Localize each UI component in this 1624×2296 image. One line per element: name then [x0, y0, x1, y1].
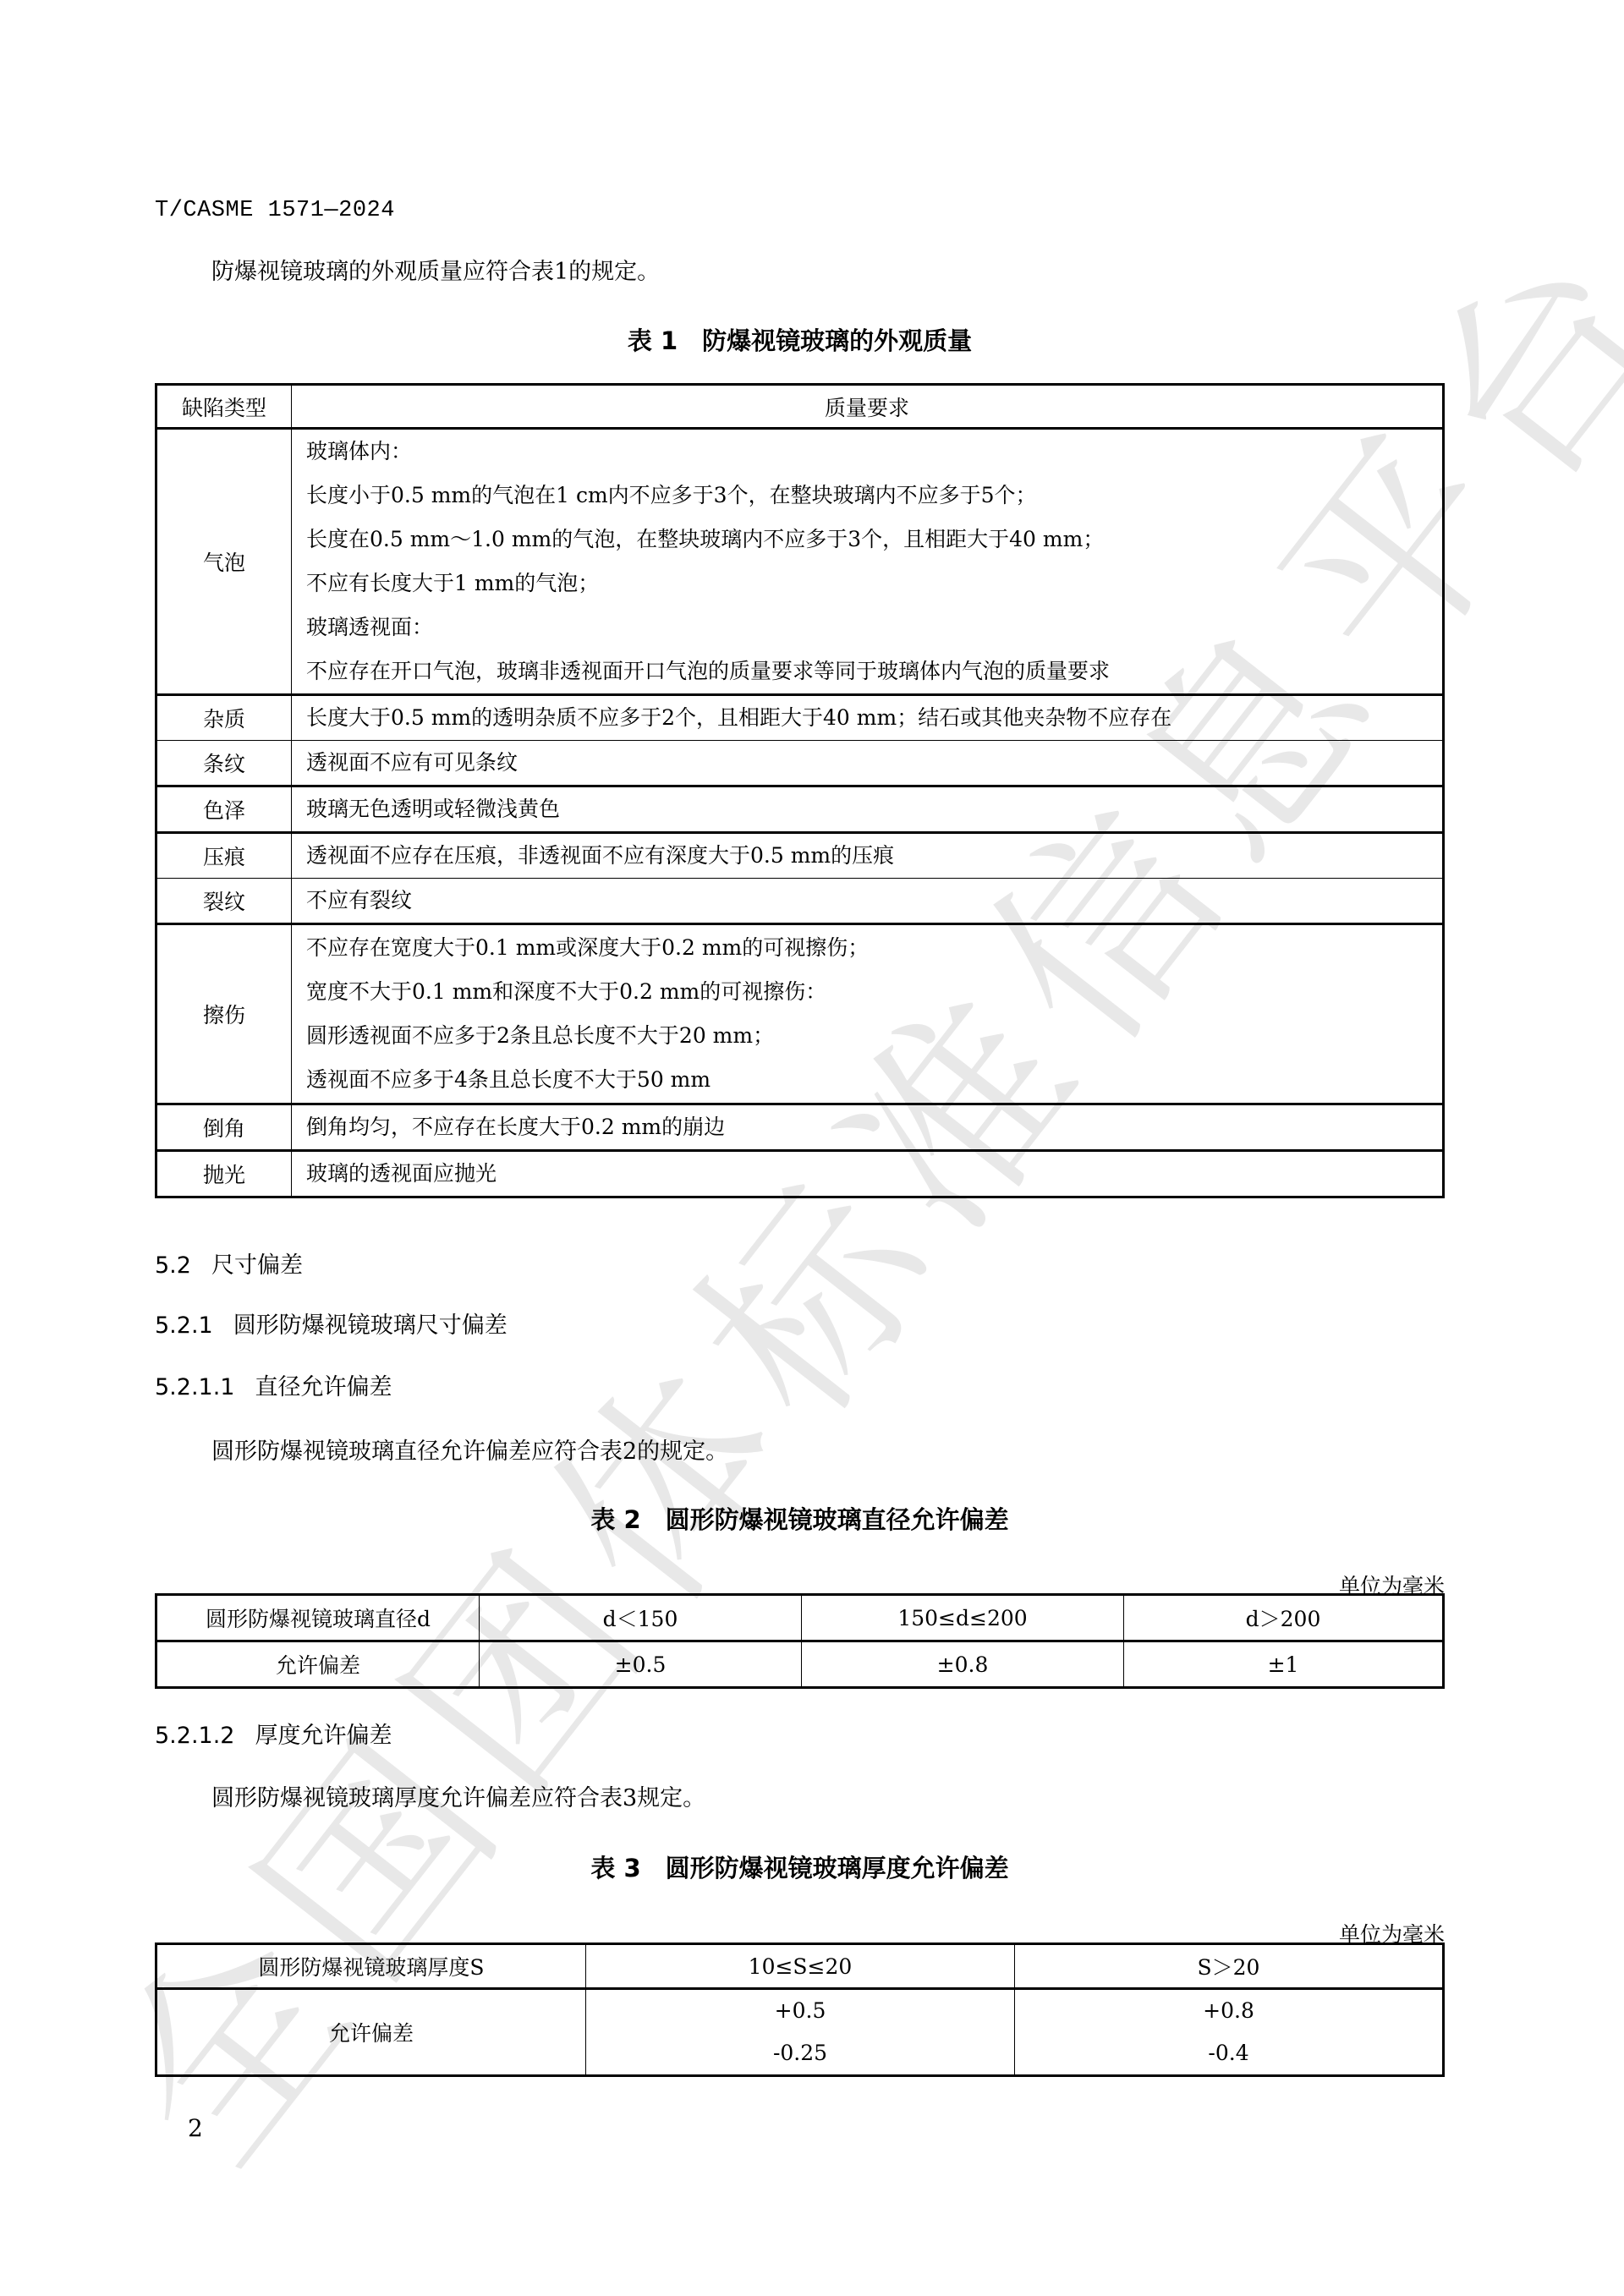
- section-title: 直径允许偏差: [255, 1374, 392, 1400]
- table-row: 抛光 玻璃的透视面应抛光: [156, 1151, 1444, 1197]
- table-row: 气泡 玻璃体内： 长度小于0.5 mm的气泡在1 cm内不应多于3个，在整块玻璃…: [156, 429, 1444, 695]
- row-label-cell: 允许偏差: [156, 1641, 480, 1688]
- section-heading-5-2-1: 5.2.1圆形防爆视镜玻璃尺寸偏差: [155, 1312, 507, 1340]
- section-title: 圆形防爆视镜玻璃尺寸偏差: [233, 1312, 507, 1339]
- table3-caption: 表 3 圆形防爆视镜玻璃厚度允许偏差: [155, 1853, 1445, 1883]
- header-cell: 10≤S≤20: [586, 1944, 1015, 1989]
- table-header-row: 圆形防爆视镜玻璃厚度S 10≤S≤20 S＞20: [156, 1944, 1444, 1989]
- table-diameter-tolerance: 圆形防爆视镜玻璃直径d d＜150 150≤d≤200 d＞200 允许偏差 ±…: [155, 1593, 1445, 1689]
- requirement-line: 玻璃透视面：: [306, 606, 1442, 649]
- section-number: 5.2: [155, 1252, 191, 1280]
- table-row: 擦伤 不应存在宽度大于0.1 mm或深度大于0.2 mm的可视擦伤； 宽度不大于…: [156, 924, 1444, 1104]
- table-row: 倒角 倒角均匀，不应存在长度大于0.2 mm的崩边: [156, 1104, 1444, 1151]
- requirement-line: 不应有长度大于1 mm的气泡；: [306, 562, 1442, 606]
- table-row: 压痕 透视面不应存在压痕，非透视面不应有深度大于0.5 mm的压痕: [156, 833, 1444, 879]
- section-number: 5.2.1: [155, 1312, 213, 1340]
- table-thickness-tolerance: 圆形防爆视镜玻璃厚度S 10≤S≤20 S＞20 允许偏差 +0.5 -0.25…: [155, 1943, 1445, 2077]
- thickness-paragraph: 圆形防爆视镜玻璃厚度允许偏差应符合表3规定。: [211, 1784, 705, 1813]
- table-header-row: 缺陷类型 质量要求: [156, 385, 1444, 429]
- diameter-paragraph: 圆形防爆视镜玻璃直径允许偏差应符合表2的规定。: [211, 1438, 728, 1466]
- table-row: 裂纹 不应有裂纹: [156, 879, 1444, 924]
- requirement-line: 不应存在宽度大于0.1 mm或深度大于0.2 mm的可视擦伤；: [306, 926, 1442, 970]
- upper-tolerance: +0.8: [1015, 1990, 1442, 2032]
- table-row: 杂质 长度大于0.5 mm的透明杂质不应多于2个，且相距大于40 mm；结石或其…: [156, 695, 1444, 741]
- document-id: T/CASME 1571—2024: [155, 198, 395, 223]
- lower-tolerance: -0.25: [586, 2032, 1014, 2074]
- requirement-cell: 倒角均匀，不应存在长度大于0.2 mm的崩边: [292, 1104, 1444, 1151]
- intro-paragraph: 防爆视镜玻璃的外观质量应符合表1的规定。: [211, 258, 660, 287]
- table-row: 允许偏差 +0.5 -0.25 +0.8 -0.4: [156, 1989, 1444, 2076]
- requirement-line: 圆形透视面不应多于2条且总长度不大于20 mm；: [306, 1014, 1442, 1058]
- lower-tolerance: -0.4: [1015, 2032, 1442, 2074]
- requirement-cell: 玻璃体内： 长度小于0.5 mm的气泡在1 cm内不应多于3个，在整块玻璃内不应…: [292, 429, 1444, 695]
- requirement-line: 长度小于0.5 mm的气泡在1 cm内不应多于3个，在整块玻璃内不应多于5个；: [306, 474, 1442, 518]
- requirement-cell: 玻璃无色透明或轻微浅黄色: [292, 786, 1444, 833]
- section-title: 厚度允许偏差: [255, 1723, 392, 1749]
- requirement-cell: 不应有裂纹: [292, 879, 1444, 924]
- header-cell: S＞20: [1015, 1944, 1444, 1989]
- header-cell: 圆形防爆视镜玻璃厚度S: [156, 1944, 586, 1989]
- section-heading-5-2-1-2: 5.2.1.2厚度允许偏差: [155, 1722, 392, 1751]
- value-cell: ±0.5: [480, 1641, 802, 1688]
- defect-type-cell: 倒角: [156, 1104, 292, 1151]
- defect-type-cell: 裂纹: [156, 879, 292, 924]
- table-row: 条纹 透视面不应有可见条纹: [156, 741, 1444, 786]
- requirement-line: 玻璃体内：: [306, 430, 1442, 474]
- header-cell: 圆形防爆视镜玻璃直径d: [156, 1595, 480, 1641]
- table-row: 允许偏差 ±0.5 ±0.8 ±1: [156, 1641, 1444, 1688]
- table2-caption: 表 2 圆形防爆视镜玻璃直径允许偏差: [155, 1504, 1445, 1535]
- requirement-cell: 不应存在宽度大于0.1 mm或深度大于0.2 mm的可视擦伤； 宽度不大于0.1…: [292, 924, 1444, 1104]
- header-cell: d＞200: [1124, 1595, 1444, 1641]
- defect-type-cell: 气泡: [156, 429, 292, 695]
- requirement-cell: 玻璃的透视面应抛光: [292, 1151, 1444, 1197]
- header-defect-type: 缺陷类型: [156, 385, 292, 429]
- table-row: 色泽 玻璃无色透明或轻微浅黄色: [156, 786, 1444, 833]
- requirement-cell: 透视面不应存在压痕，非透视面不应有深度大于0.5 mm的压痕: [292, 833, 1444, 879]
- requirement-line: 长度在0.5 mm～1.0 mm的气泡，在整块玻璃内不应多于3个，且相距大于40…: [306, 518, 1442, 562]
- section-title: 尺寸偏差: [211, 1252, 303, 1279]
- page-number: 2: [188, 2114, 203, 2142]
- row-label-cell: 允许偏差: [156, 1989, 586, 2076]
- table-appearance-quality: 缺陷类型 质量要求 气泡 玻璃体内： 长度小于0.5 mm的气泡在1 cm内不应…: [155, 383, 1445, 1198]
- defect-type-cell: 压痕: [156, 833, 292, 879]
- table1-caption: 表 1 防爆视镜玻璃的外观质量: [155, 326, 1445, 356]
- value-cell: ±0.8: [802, 1641, 1124, 1688]
- requirement-line: 不应存在开口气泡，玻璃非透视面开口气泡的质量要求等同于玻璃体内气泡的质量要求: [306, 649, 1442, 693]
- section-number: 5.2.1.1: [155, 1373, 234, 1402]
- header-cell: d＜150: [480, 1595, 802, 1641]
- requirement-line: 透视面不应多于4条且总长度不大于50 mm: [306, 1058, 1442, 1102]
- section-number: 5.2.1.2: [155, 1722, 234, 1751]
- table-header-row: 圆形防爆视镜玻璃直径d d＜150 150≤d≤200 d＞200: [156, 1595, 1444, 1641]
- section-heading-5-2: 5.2尺寸偏差: [155, 1252, 303, 1280]
- requirement-cell: 长度大于0.5 mm的透明杂质不应多于2个，且相距大于40 mm；结石或其他夹杂…: [292, 695, 1444, 741]
- defect-type-cell: 抛光: [156, 1151, 292, 1197]
- requirement-cell: 透视面不应有可见条纹: [292, 741, 1444, 786]
- defect-type-cell: 条纹: [156, 741, 292, 786]
- defect-type-cell: 杂质: [156, 695, 292, 741]
- value-cell: ±1: [1124, 1641, 1444, 1688]
- defect-type-cell: 色泽: [156, 786, 292, 833]
- upper-tolerance: +0.5: [586, 1990, 1014, 2032]
- section-heading-5-2-1-1: 5.2.1.1直径允许偏差: [155, 1373, 392, 1402]
- value-cell: +0.8 -0.4: [1015, 1989, 1444, 2076]
- header-cell: 150≤d≤200: [802, 1595, 1124, 1641]
- value-cell: +0.5 -0.25: [586, 1989, 1015, 2076]
- defect-type-cell: 擦伤: [156, 924, 292, 1104]
- requirement-line: 宽度不大于0.1 mm和深度不大于0.2 mm的可视擦伤：: [306, 970, 1442, 1014]
- header-quality-requirement: 质量要求: [292, 385, 1444, 429]
